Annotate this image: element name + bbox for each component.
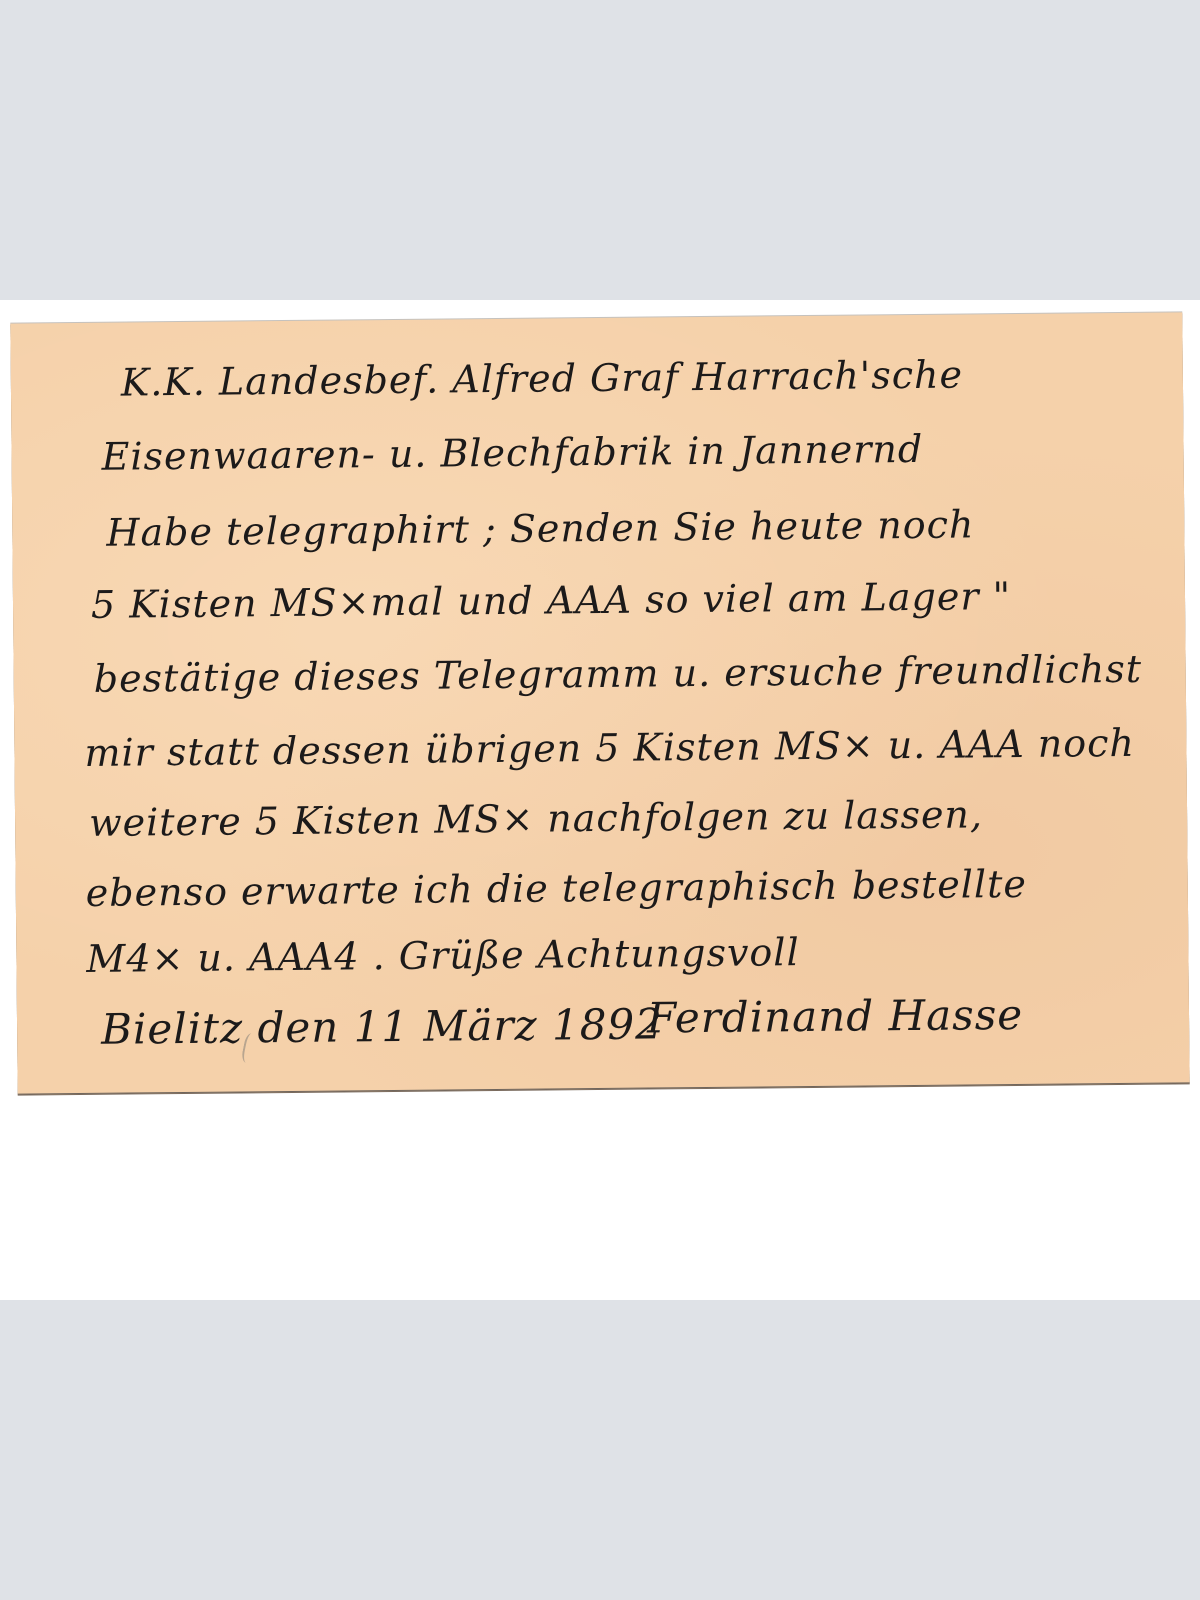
text-line-1: K.K. Landesbef. Alfred Graf Harrach'sche bbox=[121, 353, 964, 405]
signature: Ferdinand Hasse bbox=[647, 990, 1024, 1043]
place-date: Bielitz den 11 März 1892 bbox=[101, 999, 663, 1053]
text-line-7: weitere 5 Kisten MS× nachfolgen zu lasse… bbox=[89, 792, 983, 845]
text-line-5: bestätige dieses Telegramm u. ersuche fr… bbox=[94, 647, 1143, 701]
text-line-6: mir statt dessen übrigen 5 Kisten MS× u.… bbox=[84, 721, 1135, 775]
text-line-8: ebenso erwarte ich die telegraphisch bes… bbox=[86, 862, 1027, 915]
letterbox-top bbox=[0, 0, 1200, 300]
text-line-2: Eisenwaaren- u. Blechfabrik in Jannernd bbox=[101, 427, 923, 479]
text-line-9: M4× u. AAA4 . Grüße Achtungsvoll bbox=[86, 930, 800, 981]
postcard: K.K. Landesbef. Alfred Graf Harrach'sche… bbox=[10, 312, 1189, 1094]
handwritten-text: K.K. Landesbef. Alfred Graf Harrach'sche… bbox=[81, 333, 1150, 1073]
text-line-4: 5 Kisten MS×mal und AAA so viel am Lager… bbox=[91, 574, 1011, 627]
text-line-3: Habe telegraphirt ; Senden Sie heute noc… bbox=[106, 502, 974, 554]
letterbox-bottom bbox=[0, 1300, 1200, 1600]
